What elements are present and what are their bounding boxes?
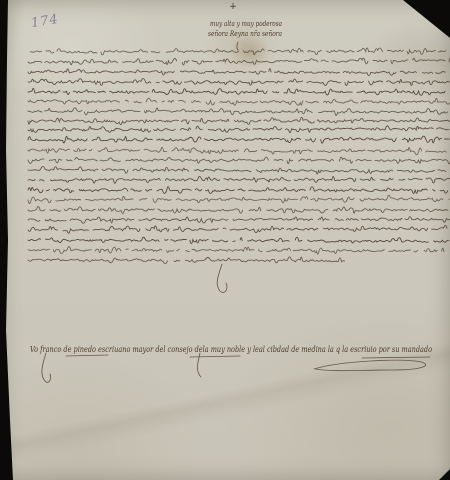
body-text-line: [28, 108, 448, 116]
body-text-line: [30, 48, 446, 55]
body-text-line: [28, 176, 450, 183]
body-text-line: [28, 147, 446, 154]
body-text-line: [28, 247, 444, 255]
body-text-line: [28, 195, 450, 203]
body-text-line: [28, 157, 450, 164]
body-text-line: [28, 58, 450, 65]
body-text-line: [28, 257, 345, 264]
manuscript-photo: 174 + muy alta y muy poderosa señora Rey…: [0, 0, 450, 480]
body-handwriting: [28, 48, 450, 264]
body-text-line: [28, 69, 445, 76]
pen-flourish: [217, 264, 227, 292]
closing-signature-line: Vo franco de pinedo escriuano mayor del …: [30, 345, 432, 355]
body-text-line: [28, 207, 448, 214]
body-text-line: [28, 117, 450, 124]
pen-flourishes: [42, 42, 430, 382]
body-text-line: [28, 88, 445, 95]
pen-flourish: [66, 355, 108, 356]
body-text-line: [28, 237, 449, 243]
body-text-line: [28, 136, 449, 143]
pen-flourish: [237, 42, 238, 50]
heading-line-1: muy alta y muy poderosa: [210, 20, 282, 28]
body-text-line: [28, 166, 446, 174]
pen-flourish: [314, 360, 426, 370]
pen-flourish: [190, 356, 240, 357]
body-text-line: [28, 98, 450, 105]
body-text-line: [28, 79, 449, 86]
body-text-line: [28, 187, 448, 194]
heading-line-2: señora Reyna nr̃a señora: [208, 29, 282, 38]
body-text-line: [28, 217, 450, 224]
handwriting-layer: + muy alta y muy poderosa señora Reyna n…: [0, 0, 450, 480]
pen-flourish: [42, 353, 51, 382]
body-text-line: [28, 225, 447, 233]
pen-flourish: [362, 357, 430, 358]
body-text-line: [28, 126, 449, 133]
top-cross-mark: +: [229, 2, 237, 12]
